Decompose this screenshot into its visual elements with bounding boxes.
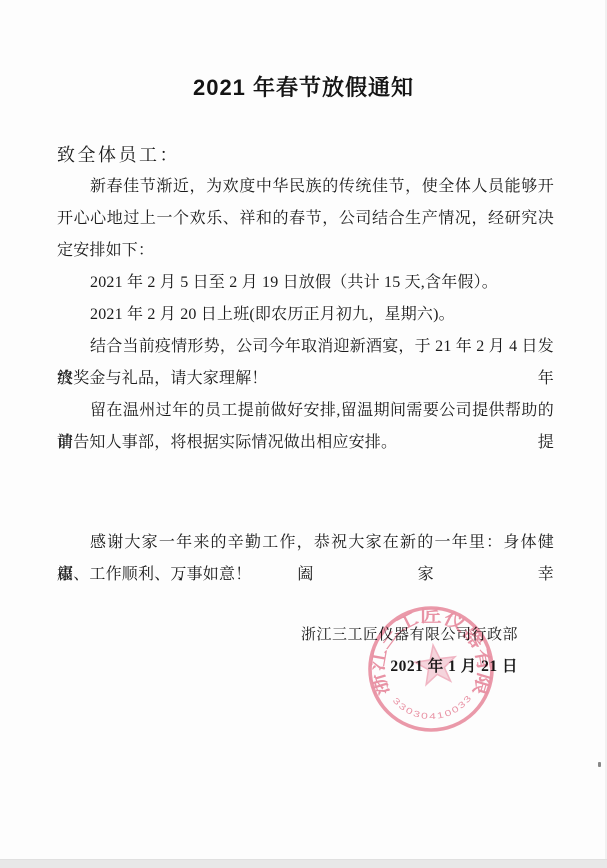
notice-title: 2021 年春节放假通知 [0, 73, 607, 103]
notice-line: 感谢大家一年来的辛勤工作，恭祝大家在新的一年里：身体健康、阖家幸 [57, 527, 554, 559]
scanned-notice-page: 2021 年春节放假通知 致全体员工： 新春佳节渐近，为欢度中华民族的传统佳节，… [0, 0, 607, 868]
scan-artifact-speck [598, 762, 601, 767]
signature-date: 2021 年 1 月 21 日 [301, 651, 518, 683]
notice-line: 留在温州过年的员工提前做好安排,留温期间需要公司提供帮助的请提 [57, 395, 554, 427]
scan-edge-bottom [0, 859, 607, 868]
notice-line: 2021 年 2 月 20 日上班(即农历正月初九，星期六)。 [57, 299, 554, 331]
notice-line: 开心心地过上一个欢乐、祥和的春节，公司结合生产情况，经研究决 [57, 203, 554, 235]
notice-line: 定安排如下： [57, 235, 554, 267]
salutation: 致全体员工： [57, 139, 554, 171]
notice-line: 新春佳节渐近，为欢度中华民族的传统佳节，使全体人员能够开 [57, 171, 554, 203]
notice-line: 结合当前疫情形势，公司今年取消迎新酒宴，于 21 年 2 月 4 日发放年 [57, 331, 554, 363]
notice-body: 致全体员工： 新春佳节渐近，为欢度中华民族的传统佳节，使全体人员能够开 开心心地… [57, 139, 554, 591]
signature-department: 浙江三工匠仪器有限公司行政部 [301, 619, 518, 651]
signature-block: 浙江三工匠仪器有限公司行政部 2021 年 1 月 21 日 [301, 619, 518, 683]
notice-line: 2021 年 2 月 5 日至 2 月 19 日放假（共计 15 天,含年假）。 [57, 267, 554, 299]
